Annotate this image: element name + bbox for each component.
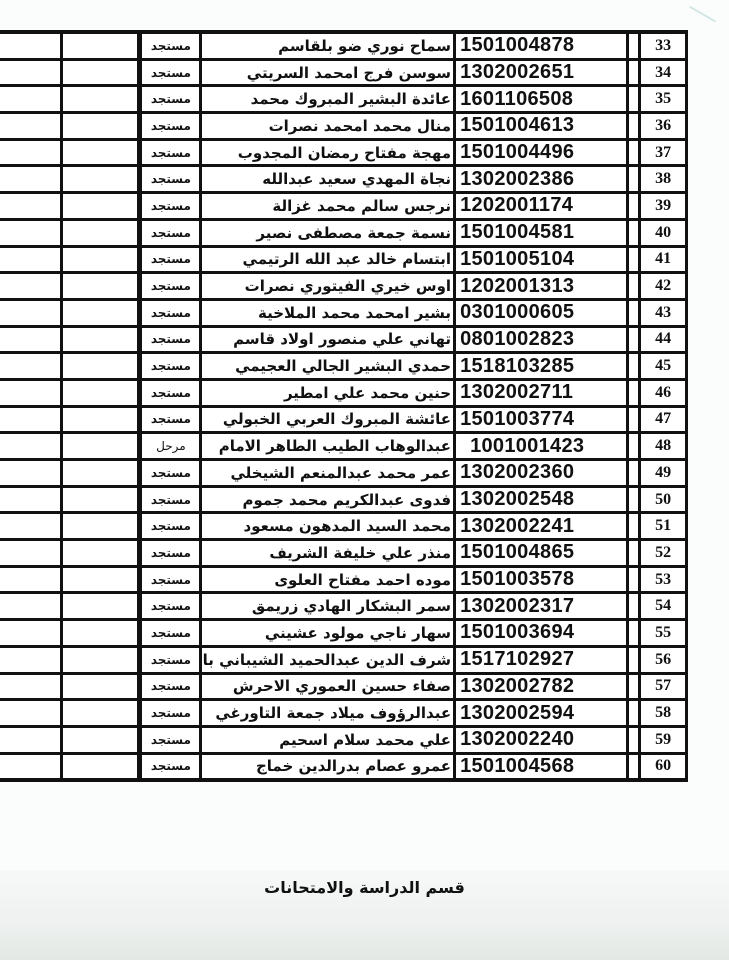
status-cell: مستجد: [140, 460, 201, 487]
student-id-cell: 1501003578: [455, 566, 628, 593]
blank-cell-signature: [62, 646, 140, 673]
table-row: مستجدبشير امحمد محمد الملاخية03010006054…: [0, 299, 687, 326]
table-row: مستجدنسمة جمعة مصطفى نصير150100458140: [0, 219, 687, 246]
column-spacer: [628, 460, 640, 487]
student-name-cell: سوسن فرج امحمد السريتي: [201, 59, 455, 86]
student-name-cell: عائدة البشير المبروك محمد: [201, 86, 455, 113]
row-number-cell: 35: [640, 86, 687, 113]
table-row: مستجدابتسام خالد عبد الله الرتيمي1501005…: [0, 246, 687, 273]
row-number-cell: 55: [640, 620, 687, 647]
student-name-cell: ابتسام خالد عبد الله الرتيمي: [201, 246, 455, 273]
table-row: مستجدتهاني علي منصور اولاد قاسم080100282…: [0, 326, 687, 353]
student-id-cell: 1302002360: [455, 460, 628, 487]
status-cell: مستجد: [140, 246, 201, 273]
status-cell: مستجد: [140, 193, 201, 220]
table-row: مستجدصفاء حسين العموري الاحرش13020027825…: [0, 673, 687, 700]
blank-cell-signature: [62, 379, 140, 406]
student-id-cell: 1302002317: [455, 593, 628, 620]
table-row: مستجدسماح نوري ضو بلقاسم150100487833: [0, 32, 687, 59]
table-row: مستجدحنين محمد علي امطير130200271146: [0, 379, 687, 406]
row-number-cell: 48: [640, 433, 687, 460]
blank-cell-notes: [0, 673, 62, 700]
student-id-cell: 0801002823: [455, 326, 628, 353]
column-spacer: [628, 86, 640, 113]
blank-cell-signature: [62, 326, 140, 353]
student-id-cell: 1501004496: [455, 139, 628, 166]
row-number-cell: 51: [640, 513, 687, 540]
blank-cell-signature: [62, 433, 140, 460]
blank-cell-notes: [0, 326, 62, 353]
status-cell: مستجد: [140, 219, 201, 246]
blank-cell-signature: [62, 673, 140, 700]
department-footer-title: قسم الدراسة والامتحانات: [0, 878, 729, 897]
student-id-cell: 1501004613: [455, 113, 628, 140]
student-id-cell: 1501005104: [455, 246, 628, 273]
table-row: مستجدمنذر علي خليفة الشريف150100486552: [0, 540, 687, 567]
student-id-cell: 0301000605: [455, 299, 628, 326]
blank-cell-notes: [0, 620, 62, 647]
column-spacer: [628, 166, 640, 193]
blank-cell-notes: [0, 486, 62, 513]
student-name-cell: عمرو عصام بدرالدين خماج: [201, 753, 455, 780]
row-number-cell: 44: [640, 326, 687, 353]
student-id-cell: 1501004581: [455, 219, 628, 246]
table-row: مستجدشرف الدين عبدالحميد الشيباني بال151…: [0, 646, 687, 673]
row-number-cell: 33: [640, 32, 687, 59]
row-number-cell: 47: [640, 406, 687, 433]
column-spacer: [628, 566, 640, 593]
column-spacer: [628, 673, 640, 700]
student-name-cell: عبدالوهاب الطيب الطاهر الامام: [201, 433, 455, 460]
status-cell: مستجد: [140, 379, 201, 406]
blank-cell-notes: [0, 460, 62, 487]
row-number-cell: 43: [640, 299, 687, 326]
row-number-cell: 46: [640, 379, 687, 406]
column-spacer: [628, 620, 640, 647]
student-name-cell: منذر علي خليفة الشريف: [201, 540, 455, 567]
student-name-cell: عبدالرؤوف ميلاد جمعة التاورغي: [201, 700, 455, 727]
column-spacer: [628, 700, 640, 727]
status-cell: مستجد: [140, 166, 201, 193]
blank-cell-signature: [62, 700, 140, 727]
column-spacer: [628, 113, 640, 140]
student-name-cell: عائشة المبروك العربي الخبولي: [201, 406, 455, 433]
row-number-cell: 56: [640, 646, 687, 673]
blank-cell-notes: [0, 753, 62, 780]
blank-cell-signature: [62, 113, 140, 140]
table-row: مستجدعلي محمد سلام اسحيم130200224059: [0, 726, 687, 753]
status-cell: مستجد: [140, 86, 201, 113]
column-spacer: [628, 353, 640, 380]
column-spacer: [628, 406, 640, 433]
student-id-cell: 1601106508: [455, 86, 628, 113]
column-spacer: [628, 246, 640, 273]
blank-cell-notes: [0, 59, 62, 86]
status-cell: مستجد: [140, 540, 201, 567]
blank-cell-signature: [62, 219, 140, 246]
status-cell: مستجد: [140, 273, 201, 300]
blank-cell-signature: [62, 59, 140, 86]
row-number-cell: 59: [640, 726, 687, 753]
blank-cell-signature: [62, 540, 140, 567]
blank-cell-notes: [0, 433, 62, 460]
student-name-cell: بشير امحمد محمد الملاخية: [201, 299, 455, 326]
status-cell: مستجد: [140, 406, 201, 433]
table-row: مستجدفدوى عبدالكريم محمد جموم13020025485…: [0, 486, 687, 513]
student-name-cell: سهار ناجي مولود عشيني: [201, 620, 455, 647]
student-id-cell: 1518103285: [455, 353, 628, 380]
table-row: مستجدنرجس سالم محمد غزالة120200117439: [0, 193, 687, 220]
student-id-cell: 1302002711: [455, 379, 628, 406]
blank-cell-notes: [0, 219, 62, 246]
status-cell: مستجد: [140, 673, 201, 700]
blank-cell-signature: [62, 753, 140, 780]
table-row: مرحلعبدالوهاب الطيب الطاهر الامام1001001…: [0, 433, 687, 460]
table-row: مستجدعائشة المبروك العربي الخبولي1501003…: [0, 406, 687, 433]
blank-cell-notes: [0, 513, 62, 540]
row-number-cell: 50: [640, 486, 687, 513]
blank-cell-signature: [62, 486, 140, 513]
status-cell: مستجد: [140, 726, 201, 753]
student-name-cell: فدوى عبدالكريم محمد جموم: [201, 486, 455, 513]
blank-cell-signature: [62, 513, 140, 540]
status-cell: مستجد: [140, 700, 201, 727]
blank-cell-signature: [62, 193, 140, 220]
blank-cell-signature: [62, 566, 140, 593]
blank-cell-notes: [0, 566, 62, 593]
student-name-cell: سمر البشكار الهادي زريمق: [201, 593, 455, 620]
status-cell: مستجد: [140, 59, 201, 86]
status-cell: مستجد: [140, 299, 201, 326]
blank-cell-signature: [62, 246, 140, 273]
student-id-cell: 1302002782: [455, 673, 628, 700]
student-id-cell: 1501003694: [455, 620, 628, 647]
blank-cell-signature: [62, 406, 140, 433]
blank-cell-notes: [0, 593, 62, 620]
column-spacer: [628, 139, 640, 166]
status-cell: مستجد: [140, 566, 201, 593]
blank-cell-signature: [62, 139, 140, 166]
column-spacer: [628, 59, 640, 86]
status-cell: مستجد: [140, 353, 201, 380]
scan-mark: [689, 0, 723, 22]
blank-cell-notes: [0, 700, 62, 727]
blank-cell-notes: [0, 166, 62, 193]
row-number-cell: 42: [640, 273, 687, 300]
student-id-cell: 1302002594: [455, 700, 628, 727]
student-name-cell: محمد السيد المدهون مسعود: [201, 513, 455, 540]
row-number-cell: 52: [640, 540, 687, 567]
blank-cell-notes: [0, 379, 62, 406]
blank-cell-notes: [0, 299, 62, 326]
column-spacer: [628, 726, 640, 753]
student-id-cell: 1501003774: [455, 406, 628, 433]
row-number-cell: 60: [640, 753, 687, 780]
table-row: مستجدموده احمد مفتاح العلوى150100357853: [0, 566, 687, 593]
blank-cell-notes: [0, 406, 62, 433]
column-spacer: [628, 433, 640, 460]
row-number-cell: 58: [640, 700, 687, 727]
column-spacer: [628, 593, 640, 620]
student-id-cell: 1517102927: [455, 646, 628, 673]
column-spacer: [628, 540, 640, 567]
table-row: مستجدسهار ناجي مولود عشيني150100369455: [0, 620, 687, 647]
column-spacer: [628, 486, 640, 513]
table-row: مستجدنجاة المهدي سعيد عبدالله13020023863…: [0, 166, 687, 193]
student-name-cell: منال محمد امحمد نصرات: [201, 113, 455, 140]
student-id-cell: 1302002241: [455, 513, 628, 540]
blank-cell-signature: [62, 353, 140, 380]
student-roster-table: مستجدسماح نوري ضو بلقاسم150100487833مستج…: [0, 30, 688, 782]
blank-cell-signature: [62, 726, 140, 753]
status-cell: مستجد: [140, 326, 201, 353]
column-spacer: [628, 326, 640, 353]
column-spacer: [628, 379, 640, 406]
student-name-cell: اوس خيري الفيتوري نصرات: [201, 273, 455, 300]
table-row: مستجدعمر محمد عبدالمنعم الشيخلي130200236…: [0, 460, 687, 487]
blank-cell-notes: [0, 726, 62, 753]
student-id-cell: 1202001174: [455, 193, 628, 220]
blank-cell-notes: [0, 32, 62, 59]
table-row: مستجدمهجة مفتاح رمضان المجدوب15010044963…: [0, 139, 687, 166]
status-cell: مستجد: [140, 139, 201, 166]
blank-cell-notes: [0, 353, 62, 380]
student-id-cell: 1302002240: [455, 726, 628, 753]
row-number-cell: 40: [640, 219, 687, 246]
column-spacer: [628, 299, 640, 326]
row-number-cell: 34: [640, 59, 687, 86]
table-row: مستجدعائدة البشير المبروك محمد1601106508…: [0, 86, 687, 113]
row-number-cell: 39: [640, 193, 687, 220]
blank-cell-notes: [0, 273, 62, 300]
column-spacer: [628, 32, 640, 59]
blank-cell-notes: [0, 139, 62, 166]
column-spacer: [628, 193, 640, 220]
student-name-cell: حمدي البشير الجالي العجيمي: [201, 353, 455, 380]
student-name-cell: مهجة مفتاح رمضان المجدوب: [201, 139, 455, 166]
blank-cell-notes: [0, 646, 62, 673]
student-id-cell: 1302002386: [455, 166, 628, 193]
student-id-cell: 1302002548: [455, 486, 628, 513]
row-number-cell: 53: [640, 566, 687, 593]
table-row: مستجدعمرو عصام بدرالدين خماج150100456860: [0, 753, 687, 780]
student-name-cell: نسمة جمعة مصطفى نصير: [201, 219, 455, 246]
status-cell: مستجد: [140, 620, 201, 647]
table-row: مستجدمحمد السيد المدهون مسعود13020022415…: [0, 513, 687, 540]
blank-cell-signature: [62, 273, 140, 300]
blank-cell-signature: [62, 299, 140, 326]
row-number-cell: 37: [640, 139, 687, 166]
table-row: مستجدحمدي البشير الجالي العجيمي151810328…: [0, 353, 687, 380]
blank-cell-signature: [62, 593, 140, 620]
column-spacer: [628, 753, 640, 780]
column-spacer: [628, 273, 640, 300]
row-number-cell: 45: [640, 353, 687, 380]
student-id-cell: 1302002651: [455, 59, 628, 86]
student-id-cell: 1202001313: [455, 273, 628, 300]
blank-cell-signature: [62, 620, 140, 647]
row-number-cell: 49: [640, 460, 687, 487]
student-id-cell: 1501004568: [455, 753, 628, 780]
status-cell: مستجد: [140, 513, 201, 540]
blank-cell-signature: [62, 460, 140, 487]
student-name-cell: موده احمد مفتاح العلوى: [201, 566, 455, 593]
blank-cell-signature: [62, 86, 140, 113]
student-name-cell: نجاة المهدي سعيد عبدالله: [201, 166, 455, 193]
table-row: مستجداوس خيري الفيتوري نصرات120200131342: [0, 273, 687, 300]
column-spacer: [628, 513, 640, 540]
column-spacer: [628, 219, 640, 246]
blank-cell-signature: [62, 166, 140, 193]
table-row: مستجدسوسن فرج امحمد السريتي130200265134: [0, 59, 687, 86]
blank-cell-notes: [0, 193, 62, 220]
student-id-cell: 1001001423: [455, 433, 628, 460]
status-cell: مرحل: [140, 433, 201, 460]
student-name-cell: علي محمد سلام اسحيم: [201, 726, 455, 753]
student-id-cell: 1501004865: [455, 540, 628, 567]
column-spacer: [628, 646, 640, 673]
row-number-cell: 54: [640, 593, 687, 620]
row-number-cell: 41: [640, 246, 687, 273]
status-cell: مستجد: [140, 486, 201, 513]
blank-cell-notes: [0, 113, 62, 140]
roster-body: مستجدسماح نوري ضو بلقاسم150100487833مستج…: [0, 32, 687, 780]
student-name-cell: حنين محمد علي امطير: [201, 379, 455, 406]
student-name-cell: نرجس سالم محمد غزالة: [201, 193, 455, 220]
blank-cell-notes: [0, 246, 62, 273]
status-cell: مستجد: [140, 113, 201, 140]
status-cell: مستجد: [140, 593, 201, 620]
blank-cell-notes: [0, 86, 62, 113]
student-name-cell: صفاء حسين العموري الاحرش: [201, 673, 455, 700]
student-id-cell: 1501004878: [455, 32, 628, 59]
status-cell: مستجد: [140, 753, 201, 780]
row-number-cell: 36: [640, 113, 687, 140]
student-name-cell: تهاني علي منصور اولاد قاسم: [201, 326, 455, 353]
student-name-cell: عمر محمد عبدالمنعم الشيخلي: [201, 460, 455, 487]
student-name-cell: سماح نوري ضو بلقاسم: [201, 32, 455, 59]
blank-cell-signature: [62, 32, 140, 59]
table-row: مستجدعبدالرؤوف ميلاد جمعة التاورغي130200…: [0, 700, 687, 727]
row-number-cell: 38: [640, 166, 687, 193]
student-name-cell: شرف الدين عبدالحميد الشيباني بال: [201, 646, 455, 673]
status-cell: مستجد: [140, 646, 201, 673]
table-row: مستجدسمر البشكار الهادي زريمق13020023175…: [0, 593, 687, 620]
status-cell: مستجد: [140, 32, 201, 59]
table-row: مستجدمنال محمد امحمد نصرات150100461336: [0, 113, 687, 140]
blank-cell-notes: [0, 540, 62, 567]
row-number-cell: 57: [640, 673, 687, 700]
